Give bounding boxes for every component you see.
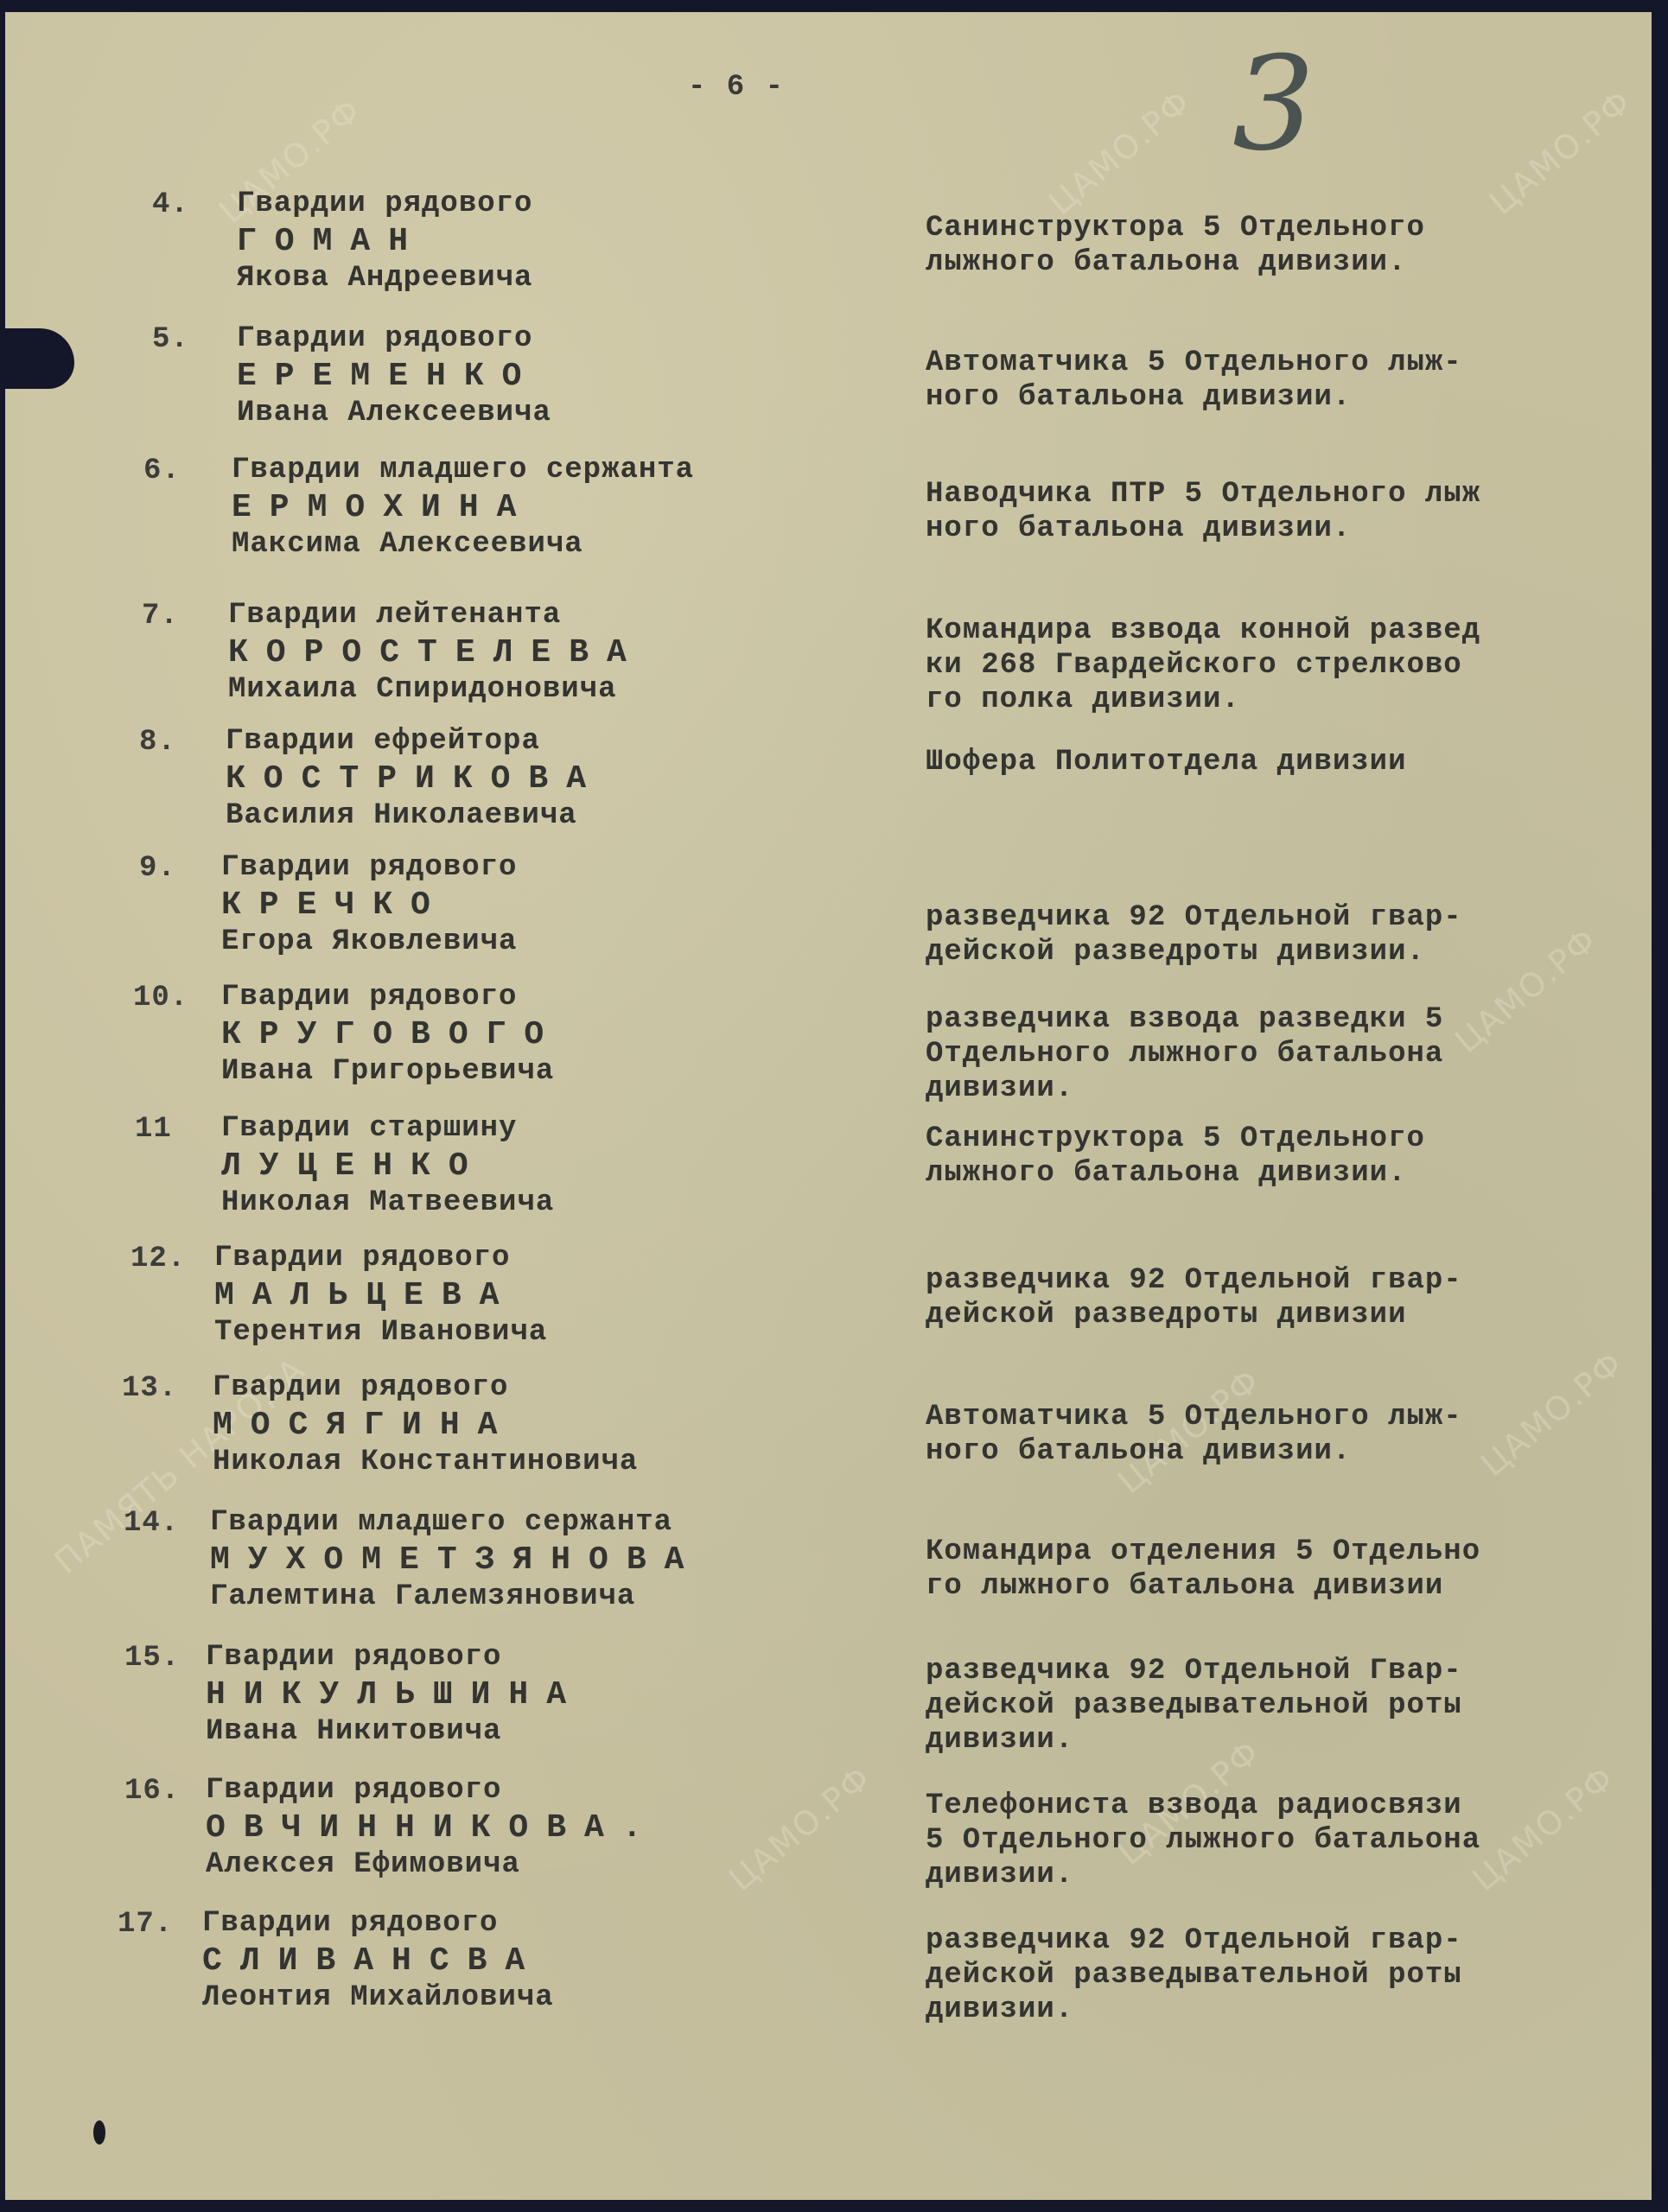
position-line: Телефониста взвода радиосвязи	[926, 1789, 1600, 1823]
rank: Гвардии ефрейтора	[226, 722, 604, 760]
entry-number: 12.	[131, 1243, 186, 1275]
position-line: лыжного батальона дивизии.	[926, 1156, 1600, 1191]
given-name: Николая Константиновича	[213, 1445, 638, 1479]
surname: КРУГОВОГО	[221, 1016, 562, 1054]
position-line: го лыжного батальона дивизии	[926, 1569, 1600, 1604]
person-block: Гвардии рядовогоОВЧИННИКОВА.Алексея Ефим…	[206, 1771, 660, 1882]
position-line: дивизии.	[926, 1858, 1600, 1892]
position-description: разведчика взвода разведки 5Отдельного л…	[926, 1002, 1600, 1106]
position-line: разведчика 92 Отдельной гвар-	[926, 1923, 1600, 1958]
rank: Гвардии старшину	[221, 1109, 554, 1147]
rank: Гвардии рядового	[213, 1369, 638, 1407]
given-name: Николая Матвеевича	[221, 1185, 554, 1220]
surname: ЕРМОХИНА	[232, 489, 694, 527]
person-block: Гвардии рядовогоМОСЯГИНАНиколая Констант…	[213, 1369, 638, 1479]
rank: Гвардии младшего сержанта	[210, 1503, 702, 1541]
given-name: Егора Яковлевича	[221, 925, 517, 959]
position-description: разведчика 92 Отдельной Гвар-дейской раз…	[926, 1654, 1600, 1758]
position-description: Автоматчика 5 Отдельного лыж-ного баталь…	[926, 1400, 1600, 1469]
given-name: Якова Андреевича	[237, 261, 532, 296]
person-block: Гвардии рядовогоНИКУЛЬШИНАИвана Никитови…	[206, 1638, 584, 1749]
entry-number: 13.	[122, 1372, 177, 1405]
position-line: Наводчика ПТР 5 Отдельного лыж	[926, 477, 1600, 512]
position-line: Отдельного лыжного батальона	[926, 1037, 1600, 1071]
given-name: Михаила Спиридоновича	[228, 672, 645, 707]
rank: Гвардии рядового	[237, 320, 551, 358]
given-name: Ивана Григорьевича	[221, 1054, 562, 1089]
watermark: ЦАМО.РФ	[1482, 82, 1639, 222]
position-description: Наводчика ПТР 5 Отдельного лыжного батал…	[926, 477, 1600, 546]
person-block: Гвардии ефрейтораКОСТРИКОВАВасилия Никол…	[226, 722, 604, 833]
position-line: ного батальона дивизии.	[926, 512, 1600, 546]
surname: СЛИВАНСВА	[202, 1942, 554, 1980]
position-line: ного батальона дивизии.	[926, 380, 1600, 415]
entry-number: 8.	[139, 726, 176, 759]
entry-number: 10.	[133, 982, 188, 1014]
position-line: Командира взвода конной развед	[926, 613, 1600, 648]
given-name: Леонтия Михайловича	[202, 1980, 554, 2015]
person-block: Гвардии младшего сержантаМУХОМЕТЗЯНОВАГа…	[210, 1503, 702, 1614]
surname: ЕРЕМЕНКО	[237, 358, 551, 396]
entry-number: 6.	[143, 454, 181, 487]
person-block: Гвардии рядовогоСЛИВАНСВАЛеонтия Михайло…	[202, 1904, 554, 2015]
entry-number: 7.	[142, 600, 179, 632]
rank: Гвардии рядового	[214, 1239, 547, 1277]
entry-number: 16.	[124, 1775, 180, 1808]
position-line: разведчика 92 Отдельной гвар-	[926, 900, 1600, 935]
position-line: Автоматчика 5 Отдельного лыж-	[926, 346, 1600, 380]
entry-number: 15.	[124, 1642, 180, 1675]
handwritten-sheet-number: 3	[1232, 29, 1315, 180]
entry-number: 9.	[139, 852, 176, 885]
punch-hole	[93, 2120, 105, 2145]
given-name: Галемтина Галемзяновича	[210, 1580, 702, 1614]
entry-number: 14.	[124, 1507, 179, 1540]
surname: МОСЯГИНА	[213, 1407, 638, 1445]
person-block: Гвардии лейтенантаКОРОСТЕЛЕВАМихаила Спи…	[228, 596, 645, 707]
position-line: дейской разведывательной роты	[926, 1688, 1600, 1723]
paper-tear	[5, 328, 74, 389]
position-description: Шофера Политотдела дивизии	[926, 745, 1600, 779]
position-line: дейской разведроты дивизии	[926, 1298, 1600, 1332]
position-line: го полка дивизии.	[926, 683, 1600, 717]
entry-number: 4.	[152, 188, 189, 221]
page-number: - 6 -	[688, 71, 785, 104]
position-description: Автоматчика 5 Отдельного лыж-ного баталь…	[926, 346, 1600, 415]
entry-number: 17.	[118, 1908, 173, 1941]
person-block: Гвардии рядовогоМАЛЬЦЕВАТерентия Иванови…	[214, 1239, 547, 1350]
entry-number: 5.	[152, 323, 189, 356]
position-line: разведчика 92 Отдельной Гвар-	[926, 1654, 1600, 1688]
rank: Гвардии рядового	[237, 185, 532, 223]
rank: Гвардии рядового	[221, 978, 562, 1016]
position-line: Автоматчика 5 Отдельного лыж-	[926, 1400, 1600, 1434]
position-line: дивизии.	[926, 1993, 1600, 2027]
given-name: Максима Алексеевича	[232, 527, 694, 562]
person-block: Гвардии рядовогоГОМАНЯкова Андреевича	[237, 185, 532, 296]
rank: Гвардии рядового	[221, 849, 517, 887]
person-block: Гвардии рядовогоКРУГОВОГОИвана Григорьев…	[221, 978, 562, 1089]
person-block: Гвардии старшинуЛУЦЕНКОНиколая Матвеевич…	[221, 1109, 554, 1220]
given-name: Ивана Алексеевича	[237, 396, 551, 430]
rank: Гвардии рядового	[202, 1904, 554, 1942]
given-name: Алексея Ефимовича	[206, 1847, 660, 1882]
scan-top-edge	[0, 0, 1668, 12]
surname: ГОМАН	[237, 223, 532, 261]
position-line: Санинструктора 5 Отдельного	[926, 211, 1600, 245]
rank: Гвардии рядового	[206, 1771, 660, 1809]
position-line: дейской разведроты дивизии.	[926, 935, 1600, 969]
position-description: разведчика 92 Отдельной гвар-дейской раз…	[926, 1263, 1600, 1332]
surname: КОРОСТЕЛЕВА	[228, 634, 645, 672]
rank: Гвардии младшего сержанта	[232, 451, 694, 489]
watermark: ЦАМО.РФ	[1041, 82, 1198, 222]
position-line: Санинструктора 5 Отдельного	[926, 1122, 1600, 1156]
position-description: Санинструктора 5 Отдельноголыжного батал…	[926, 211, 1600, 280]
surname: НИКУЛЬШИНА	[206, 1676, 584, 1714]
position-description: Командира взвода конной развед ки 268 Гв…	[926, 613, 1600, 717]
position-line: Командира отделения 5 Отдельно	[926, 1535, 1600, 1569]
rank: Гвардии рядового	[206, 1638, 584, 1676]
watermark: ЦАМО.РФ	[722, 1758, 878, 1898]
given-name: Ивана Никитовича	[206, 1714, 584, 1749]
given-name: Терентия Ивановича	[214, 1315, 547, 1350]
given-name: Василия Николаевича	[226, 798, 604, 833]
surname: МУХОМЕТЗЯНОВА	[210, 1541, 702, 1580]
position-description: Телефониста взвода радиосвязи5 Отдельног…	[926, 1789, 1600, 1892]
position-line: разведчика 92 Отдельной гвар-	[926, 1263, 1600, 1298]
position-description: разведчика 92 Отдельной гвар-дейской раз…	[926, 1923, 1600, 2027]
surname: КРЕЧКО	[221, 887, 517, 925]
person-block: Гвардии рядовогоЕРЕМЕНКОИвана Алексеевич…	[237, 320, 551, 430]
position-description: Санинструктора 5 Отдельноголыжного батал…	[926, 1122, 1600, 1191]
position-line: 5 Отдельного лыжного батальона	[926, 1823, 1600, 1858]
position-line: Шофера Политотдела дивизии	[926, 745, 1600, 779]
surname: ЛУЦЕНКО	[221, 1147, 554, 1185]
person-block: Гвардии рядовогоКРЕЧКОЕгора Яковлевича	[221, 849, 517, 959]
position-line: дивизии.	[926, 1723, 1600, 1758]
position-description: разведчика 92 Отдельной гвар-дейской раз…	[926, 900, 1600, 969]
document-sheet: ЦАМО.РФ ЦАМО.РФ ЦАМО.РФ ЦАМО.РФ ЦАМО.РФ …	[5, 12, 1652, 2200]
position-line: дейской разведывательной роты	[926, 1958, 1600, 1993]
position-line: ного батальона дивизии.	[926, 1434, 1600, 1469]
entry-number: 11	[135, 1113, 172, 1146]
surname: КОСТРИКОВА	[226, 760, 604, 798]
position-line: дивизии.	[926, 1071, 1600, 1106]
position-line: ки 268 Гвардейского стрелково	[926, 648, 1600, 683]
position-description: Командира отделения 5 Отдельного лыжного…	[926, 1535, 1600, 1604]
person-block: Гвардии младшего сержантаЕРМОХИНАМаксима…	[232, 451, 694, 562]
position-line: разведчика взвода разведки 5	[926, 1002, 1600, 1037]
surname: ОВЧИННИКОВА.	[206, 1809, 660, 1847]
surname: МАЛЬЦЕВА	[214, 1277, 547, 1315]
rank: Гвардии лейтенанта	[228, 596, 645, 634]
position-line: лыжного батальона дивизии.	[926, 245, 1600, 280]
